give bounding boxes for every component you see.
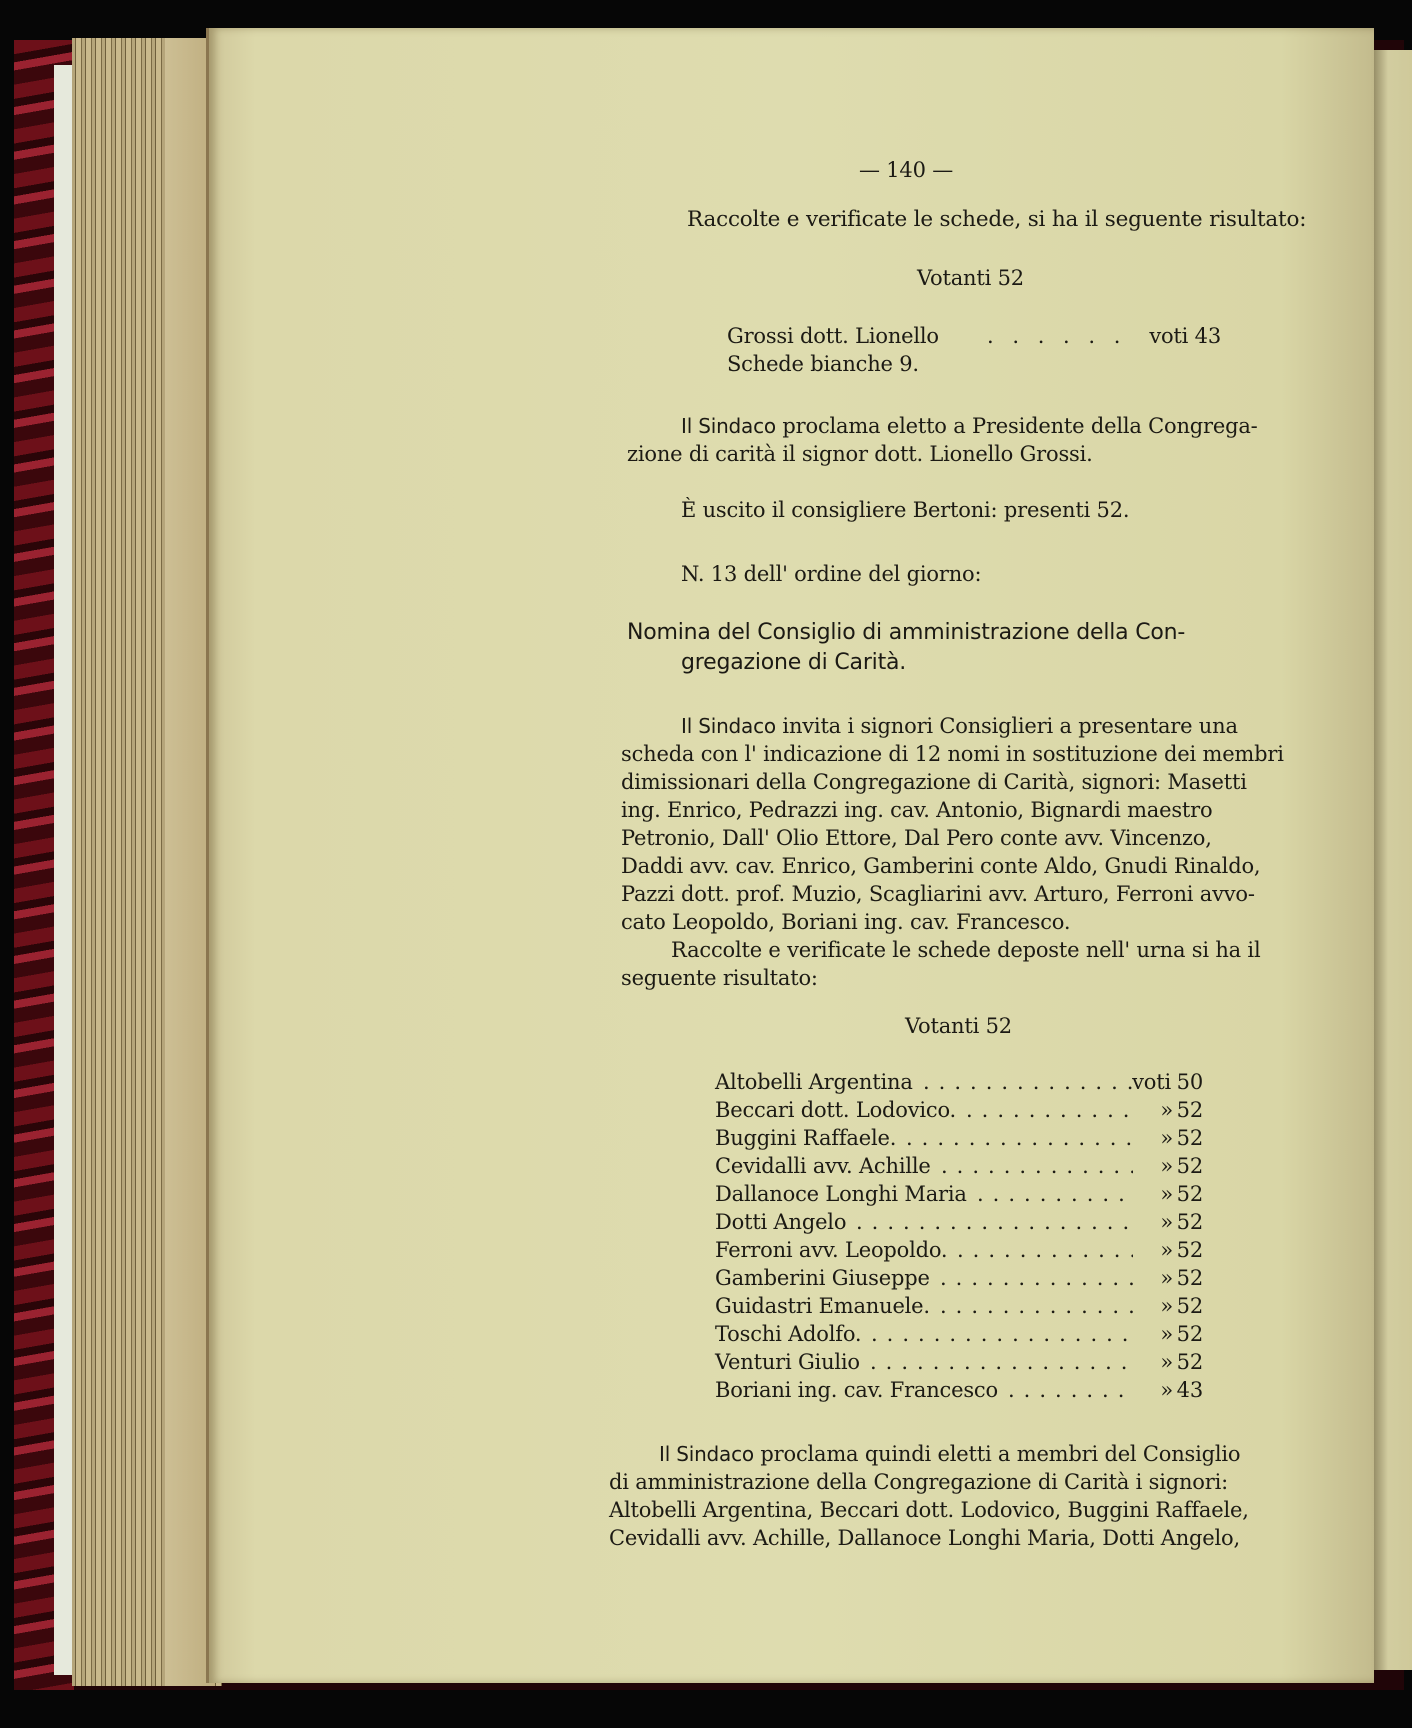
candidate-name: Ferroni avv. Leopoldo. [715,1236,947,1264]
candidate-name: Venturi Giulio [715,1348,860,1376]
invite-line-1: Il Sindaco invita i signori Consiglieri … [681,712,1238,740]
page-number: — 140 — [859,156,953,184]
votanti-2: Votanti 52 [905,1012,1012,1040]
invite-line-7: Pazzi dott. prof. Muzio, Scagliarini avv… [621,880,1255,908]
candidate-name: Buggini Raffaele. [715,1124,896,1152]
result-row: Ferroni avv. Leopoldo. » 52 ............… [715,1236,1203,1264]
blank-ballots: Schede bianche 9. [727,350,919,378]
candidate-name: Boriani ing. cav. Francesco [715,1376,998,1404]
vote-count: 52 [1177,1096,1203,1124]
dot-leader: ........................................… [870,1348,1133,1376]
proclaim-2-line-2: di amministrazione della Congregazione d… [609,1468,1228,1496]
result-row: Dallanoce Longhi Maria » 52 ............… [715,1180,1203,1208]
ditto-mark: » [1160,1180,1173,1208]
dot-leader: ........................................… [906,1124,1133,1152]
vote-count: 52 [1177,1236,1203,1264]
ditto-mark: » [1160,1376,1173,1404]
vote-count: 52 [1177,1180,1203,1208]
dot-leader: ........................................… [966,1096,1133,1124]
sindaco-label: Il Sindaco [659,1442,754,1466]
invite-line-3: dimissionari della Congregazione di Cari… [621,768,1247,796]
candidate-name: Gamberini Giuseppe [715,1264,930,1292]
result-row: Guidastri Emanuele. » 52 ...............… [715,1292,1203,1320]
result-row: Cevidalli avv. Achille » 52 ............… [715,1152,1203,1180]
sindaco-label: Il Sindaco [681,414,776,438]
votanti-1: Votanti 52 [917,264,1024,292]
dot-leader: ........................................… [977,1180,1133,1208]
candidate-name: Dallanoce Longhi Maria [715,1180,967,1208]
exit-note: È uscito il consigliere Bertoni: present… [681,496,1129,524]
candidate-name: Dotti Angelo [715,1208,846,1236]
proclaim-1-line-1: Il Sindaco proclama eletto a Presidente … [681,412,1412,440]
ditto-mark: » [1160,1152,1173,1180]
dot-leader: ........................................… [940,1292,1133,1320]
vote-count: 43 [1177,1376,1203,1404]
vote-count: 52 [1177,1152,1203,1180]
dot-leader: ........................................… [940,1264,1133,1292]
result-row: Beccari dott. Lodovico. » 52 ...........… [715,1096,1203,1124]
intro-2-line-1: Raccolte e verificate le schede deposte … [671,936,1260,964]
ditto-mark: » [1160,1236,1173,1264]
facing-page-edge [1372,50,1412,1670]
candidate-name: Toschi Adolfo. [715,1320,861,1348]
paragraph-intro-1: Raccolte e verificate le schede, si ha i… [687,206,1306,234]
result-row: Venturi Giulio » 52 ....................… [715,1348,1203,1376]
dot-leader: ........................................… [923,1068,1133,1096]
result-row: Boriani ing. cav. Francesco » 43 .......… [715,1376,1203,1404]
result-row: Gamberini Giuseppe » 52 ................… [715,1264,1203,1292]
invite-line-5: Petronio, Dall' Olio Ettore, Dal Pero co… [621,824,1212,852]
invite-line-2: scheda con l' indicazione di 12 nomi in … [621,740,1284,768]
vote-count: 52 [1177,1348,1203,1376]
ditto-mark: » [1160,1348,1173,1376]
sindaco-label: Il Sindaco [681,714,776,738]
ditto-mark: » [1160,1124,1173,1152]
dot-leader: ........................................… [941,1152,1133,1180]
dot-leader: ........................................… [856,1208,1133,1236]
result-row: Grossi dott. Lionello . . . . . . voti 4… [727,322,1221,350]
section-heading-line-1: Nomina del Consiglio di amministrazione … [627,618,1185,648]
ditto-mark: » [1160,1320,1173,1348]
proclaim-2-line-3: Altobelli Argentina, Beccari dott. Lodov… [609,1496,1249,1524]
result-row: Buggini Raffaele. » 52 .................… [715,1124,1203,1152]
book-page: — 140 — Raccolte e verificate le schede,… [206,28,1374,1683]
vote-count: 50 [1177,1068,1203,1096]
result-row: Dotti Angelo » 52 ......................… [715,1208,1203,1236]
invite-line-8: cato Leopoldo, Boriani ing. cav. Frances… [621,908,1070,936]
ditto-mark: » [1160,1096,1173,1124]
invite-line-4: ing. Enrico, Pedrazzi ing. cav. Antonio,… [621,796,1212,824]
vote-count: 52 [1177,1124,1203,1152]
vote-count: 52 [1177,1320,1203,1348]
ditto-mark: » [1160,1292,1173,1320]
proclaim-2-text: proclama quindi eletti a membri del Cons… [760,1442,1240,1466]
invite-text: invita i signori Consiglieri a presentar… [782,714,1237,738]
candidate-name: Beccari dott. Lodovico. [715,1096,956,1124]
dot-leader: . . . . . . [987,322,1126,350]
section-heading-line-2: gregazione di Carità. [681,648,906,678]
candidate-name: Altobelli Argentina [715,1068,913,1096]
results-list: Altobelli Argentina voti 50 ............… [715,1068,1209,1408]
intro-2-line-2: seguente risultato: [621,964,818,992]
result-row: Toschi Adolfo. » 52 ....................… [715,1320,1203,1348]
ditto-mark: » [1160,1264,1173,1292]
candidate-name: Guidastri Emanuele. [715,1292,930,1320]
vote-count: 52 [1177,1292,1203,1320]
vote-label: voti [1132,1068,1171,1096]
candidate-name: Grossi dott. Lionello [727,322,939,350]
proclaim-2-line-1: Il Sindaco proclama quindi eletti a memb… [659,1440,1240,1468]
dot-leader: ........................................… [871,1320,1133,1348]
candidate-name: Cevidalli avv. Achille [715,1152,931,1180]
agenda-item: N. 13 dell' ordine del giorno: [681,560,981,588]
vote-count: 52 [1177,1208,1203,1236]
vote-count: voti 43 [1149,322,1221,350]
proclaim-1-line-2: zione di carità il signor dott. Lionello… [627,440,1093,468]
proclaim-1-text: proclama eletto a Presidente della Congr… [782,414,1257,438]
ditto-mark: » [1160,1208,1173,1236]
invite-line-6: Daddi avv. cav. Enrico, Gamberini conte … [621,852,1260,880]
dot-leader: ........................................… [1008,1376,1133,1404]
dot-leader: ........................................… [957,1236,1133,1264]
vote-count: 52 [1177,1264,1203,1292]
result-row: Altobelli Argentina voti 50 ............… [715,1068,1203,1096]
proclaim-2-line-4: Cevidalli avv. Achille, Dallanoce Longhi… [609,1524,1240,1552]
